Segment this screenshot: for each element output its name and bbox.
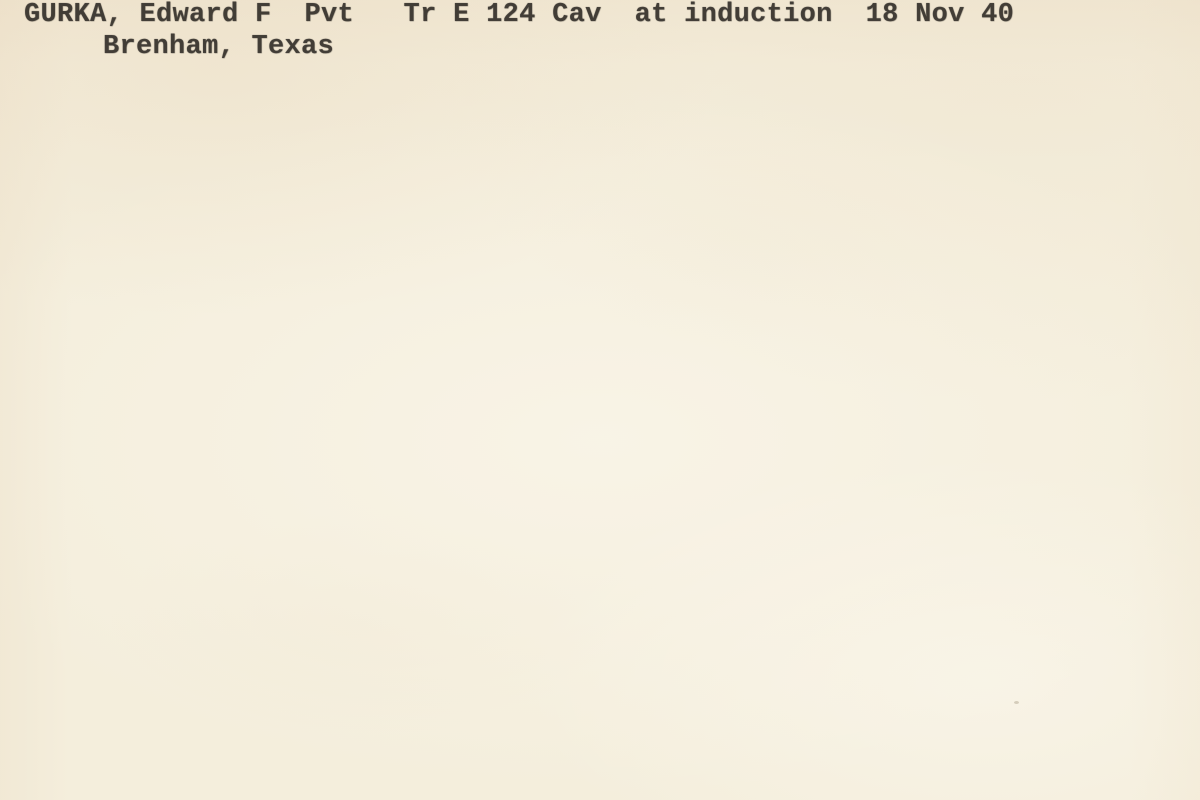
caption-line-name-unit-date: GURKA, Edward F Pvt Tr E 124 Cav at indu… — [24, 0, 1014, 30]
paper-fleck — [1014, 701, 1019, 704]
caption-line-location: Brenham, Texas — [103, 32, 334, 62]
typewritten-index-card: GURKA, Edward F Pvt Tr E 124 Cav at indu… — [0, 0, 1200, 800]
